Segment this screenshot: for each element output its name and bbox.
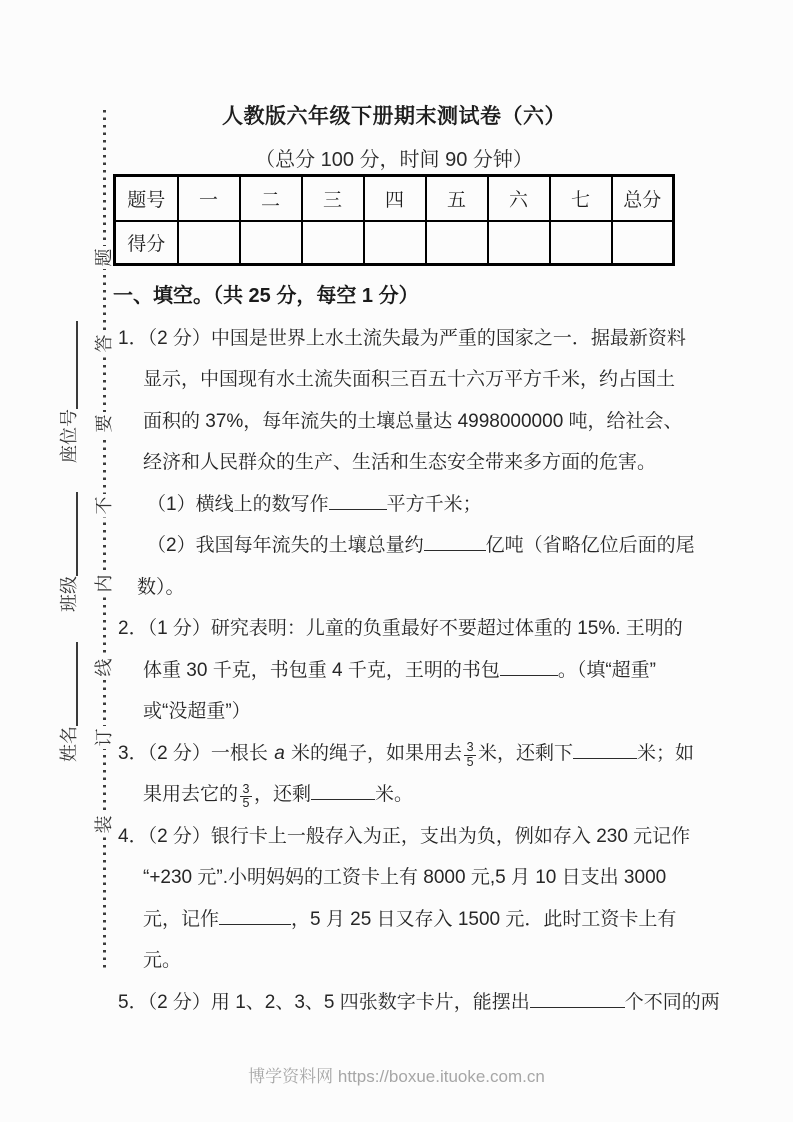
question-text: 面积的 37%，每年流失的土壤总量达 4998000000 吨，给社会、 bbox=[143, 411, 683, 432]
question-text: 5．（2 分）用 1、2、3、5 四张数字卡片，能摆出 bbox=[118, 992, 530, 1013]
question-text: 果用去它的 bbox=[143, 784, 238, 805]
question-text: 体重 30 千克，书包重 4 千克，王明的书包 bbox=[143, 660, 500, 681]
question-text: 2．（1 分）研究表明：儿童的负重最好不要超过体重的 15%. 王明的 bbox=[118, 618, 683, 639]
answer-line bbox=[76, 642, 78, 726]
question-text: 平方千米； bbox=[387, 494, 482, 515]
question-line: 1．（2 分）中国是世界上水土流失最为严重的国家之一．据最新资料 bbox=[113, 318, 698, 360]
question-text: （2）我国每年流失的土壤总量约 bbox=[147, 535, 424, 556]
score-table-column-header: 五 bbox=[426, 176, 488, 221]
question-line: 果用去它的35，还剩米。 bbox=[113, 774, 698, 816]
question-text: 数）。 bbox=[137, 577, 185, 598]
question-text: 。（填“超重” bbox=[558, 660, 656, 681]
score-table-column-header: 三 bbox=[302, 176, 364, 221]
question-line: 经济和人民群众的生产、生活和生态安全带来多方面的危害。 bbox=[113, 442, 698, 484]
question-line: 3．（2 分）一根长 a 米的绳子，如果用去35米，还剩下米；如 bbox=[113, 733, 698, 775]
student-field-class: 班级 bbox=[56, 490, 82, 612]
score-table-column-header: 总分 bbox=[612, 176, 674, 221]
answer-blank bbox=[573, 757, 637, 759]
question-text: 或“没超重”） bbox=[143, 701, 251, 722]
exam-title: 人教版六年级下册期末测试卷（六） bbox=[113, 100, 675, 130]
answer-line bbox=[76, 321, 78, 409]
question-number-header-cell: 题号 bbox=[115, 176, 178, 221]
question-line: （2）我国每年流失的土壤总量约亿吨（省略亿位后面的尾 bbox=[113, 525, 698, 567]
question-text: 米。 bbox=[375, 784, 413, 805]
question-text: 米，还剩下 bbox=[478, 743, 573, 764]
question-text: ，还剩 bbox=[254, 784, 311, 805]
student-field-seat-number: 座位号 bbox=[56, 313, 82, 463]
score-row-label-cell: 得分 bbox=[115, 221, 178, 265]
question-text: ，5 月 25 日又存入 1500 元．此时工资卡上有 bbox=[291, 909, 676, 930]
score-table: 题号 一二三四五六七总分 得分 bbox=[113, 174, 675, 266]
question-line: 4．（2 分）银行卡上一般存入为正，支出为负，例如存入 230 元记作 bbox=[113, 816, 698, 858]
question-text: 3．（2 分）一根长 bbox=[118, 743, 273, 764]
question-line: 显示，中国现有水土流失面积三百五十六万平方千米，约占国土 bbox=[113, 359, 698, 401]
question-line: 5．（2 分）用 1、2、3、5 四张数字卡片，能摆出个不同的两 bbox=[113, 982, 698, 1024]
answer-blank bbox=[219, 923, 291, 925]
binding-line: 题答要不内线订装 bbox=[103, 110, 106, 970]
math-variable: a bbox=[273, 743, 286, 764]
answer-blank bbox=[424, 549, 486, 551]
score-cell bbox=[240, 221, 302, 265]
score-table-column-header: 七 bbox=[550, 176, 612, 221]
score-table-column-header: 六 bbox=[488, 176, 550, 221]
answer-blank bbox=[329, 508, 387, 510]
question-line: 数）。 bbox=[113, 567, 698, 609]
score-table-score-row: 得分 bbox=[115, 221, 674, 265]
student-field-label: 班级 bbox=[56, 576, 82, 612]
score-table-column-header: 一 bbox=[178, 176, 240, 221]
score-table-header-row: 题号 一二三四五六七总分 bbox=[115, 176, 674, 221]
question-text: 显示，中国现有水土流失面积三百五十六万平方千米，约占国土 bbox=[143, 369, 675, 390]
answer-blank bbox=[530, 1006, 625, 1008]
question-line: （1）横线上的数写作平方千米； bbox=[113, 484, 698, 526]
fraction: 35 bbox=[464, 741, 476, 770]
question-text: 元。 bbox=[143, 950, 181, 971]
question-line: 体重 30 千克，书包重 4 千克，王明的书包。（填“超重” bbox=[113, 650, 698, 692]
score-cell bbox=[550, 221, 612, 265]
question-line: 或“没超重”） bbox=[113, 691, 698, 733]
question-text: 亿吨（省略亿位后面的尾 bbox=[486, 535, 695, 556]
footer-credit: 博学资料网 https://boxue.ituoke.com.cn bbox=[0, 1062, 793, 1087]
question-text: （1）横线上的数写作 bbox=[147, 494, 329, 515]
exam-meta: （总分 100 分，时间 90 分钟） bbox=[113, 143, 675, 172]
question-text: 4．（2 分）银行卡上一般存入为正，支出为负，例如存入 230 元记作 bbox=[118, 826, 690, 847]
questions: 一、填空。（共 25 分，每空 1 分） 1．（2 分）中国是世界上水土流失最为… bbox=[113, 276, 698, 1023]
fraction: 35 bbox=[240, 783, 252, 812]
question-line: 元，记作，5 月 25 日又存入 1500 元．此时工资卡上有 bbox=[113, 899, 698, 941]
score-cell bbox=[488, 221, 550, 265]
score-table-column-header: 二 bbox=[240, 176, 302, 221]
score-cell bbox=[302, 221, 364, 265]
question-line: 面积的 37%，每年流失的土壤总量达 4998000000 吨，给社会、 bbox=[113, 401, 698, 443]
answer-line bbox=[76, 492, 78, 576]
question-text: 米的绳子，如果用去 bbox=[286, 743, 462, 764]
question-line: 2．（1 分）研究表明：儿童的负重最好不要超过体重的 15%. 王明的 bbox=[113, 608, 698, 650]
student-field-label: 姓名 bbox=[56, 726, 82, 762]
question-text: 米；如 bbox=[637, 743, 694, 764]
student-field-label: 座位号 bbox=[56, 409, 82, 463]
score-table-column-header: 四 bbox=[364, 176, 426, 221]
question-text: 元，记作 bbox=[143, 909, 219, 930]
score-cell bbox=[178, 221, 240, 265]
exam-page: 题答要不内线订装 座位号 班级 姓名 人教版六年级下册期末测试卷（六） （总分 … bbox=[0, 0, 793, 1122]
question-text: 1．（2 分）中国是世界上水土流失最为严重的国家之一．据最新资料 bbox=[118, 328, 686, 349]
question-text: 个不同的两 bbox=[625, 992, 720, 1013]
section-heading: 一、填空。（共 25 分，每空 1 分） bbox=[113, 276, 698, 318]
answer-blank bbox=[311, 798, 375, 800]
question-text: “+230 元”.小明妈妈的工资卡上有 8000 元,5 月 10 日支出 30… bbox=[143, 867, 666, 888]
answer-blank bbox=[500, 674, 558, 676]
question-line: 元。 bbox=[113, 940, 698, 982]
score-cell bbox=[426, 221, 488, 265]
student-field-name: 姓名 bbox=[56, 640, 82, 762]
question-text: 经济和人民群众的生产、生活和生态安全带来多方面的危害。 bbox=[143, 452, 656, 473]
question-line: “+230 元”.小明妈妈的工资卡上有 8000 元,5 月 10 日支出 30… bbox=[113, 857, 698, 899]
score-cell bbox=[612, 221, 674, 265]
score-cell bbox=[364, 221, 426, 265]
